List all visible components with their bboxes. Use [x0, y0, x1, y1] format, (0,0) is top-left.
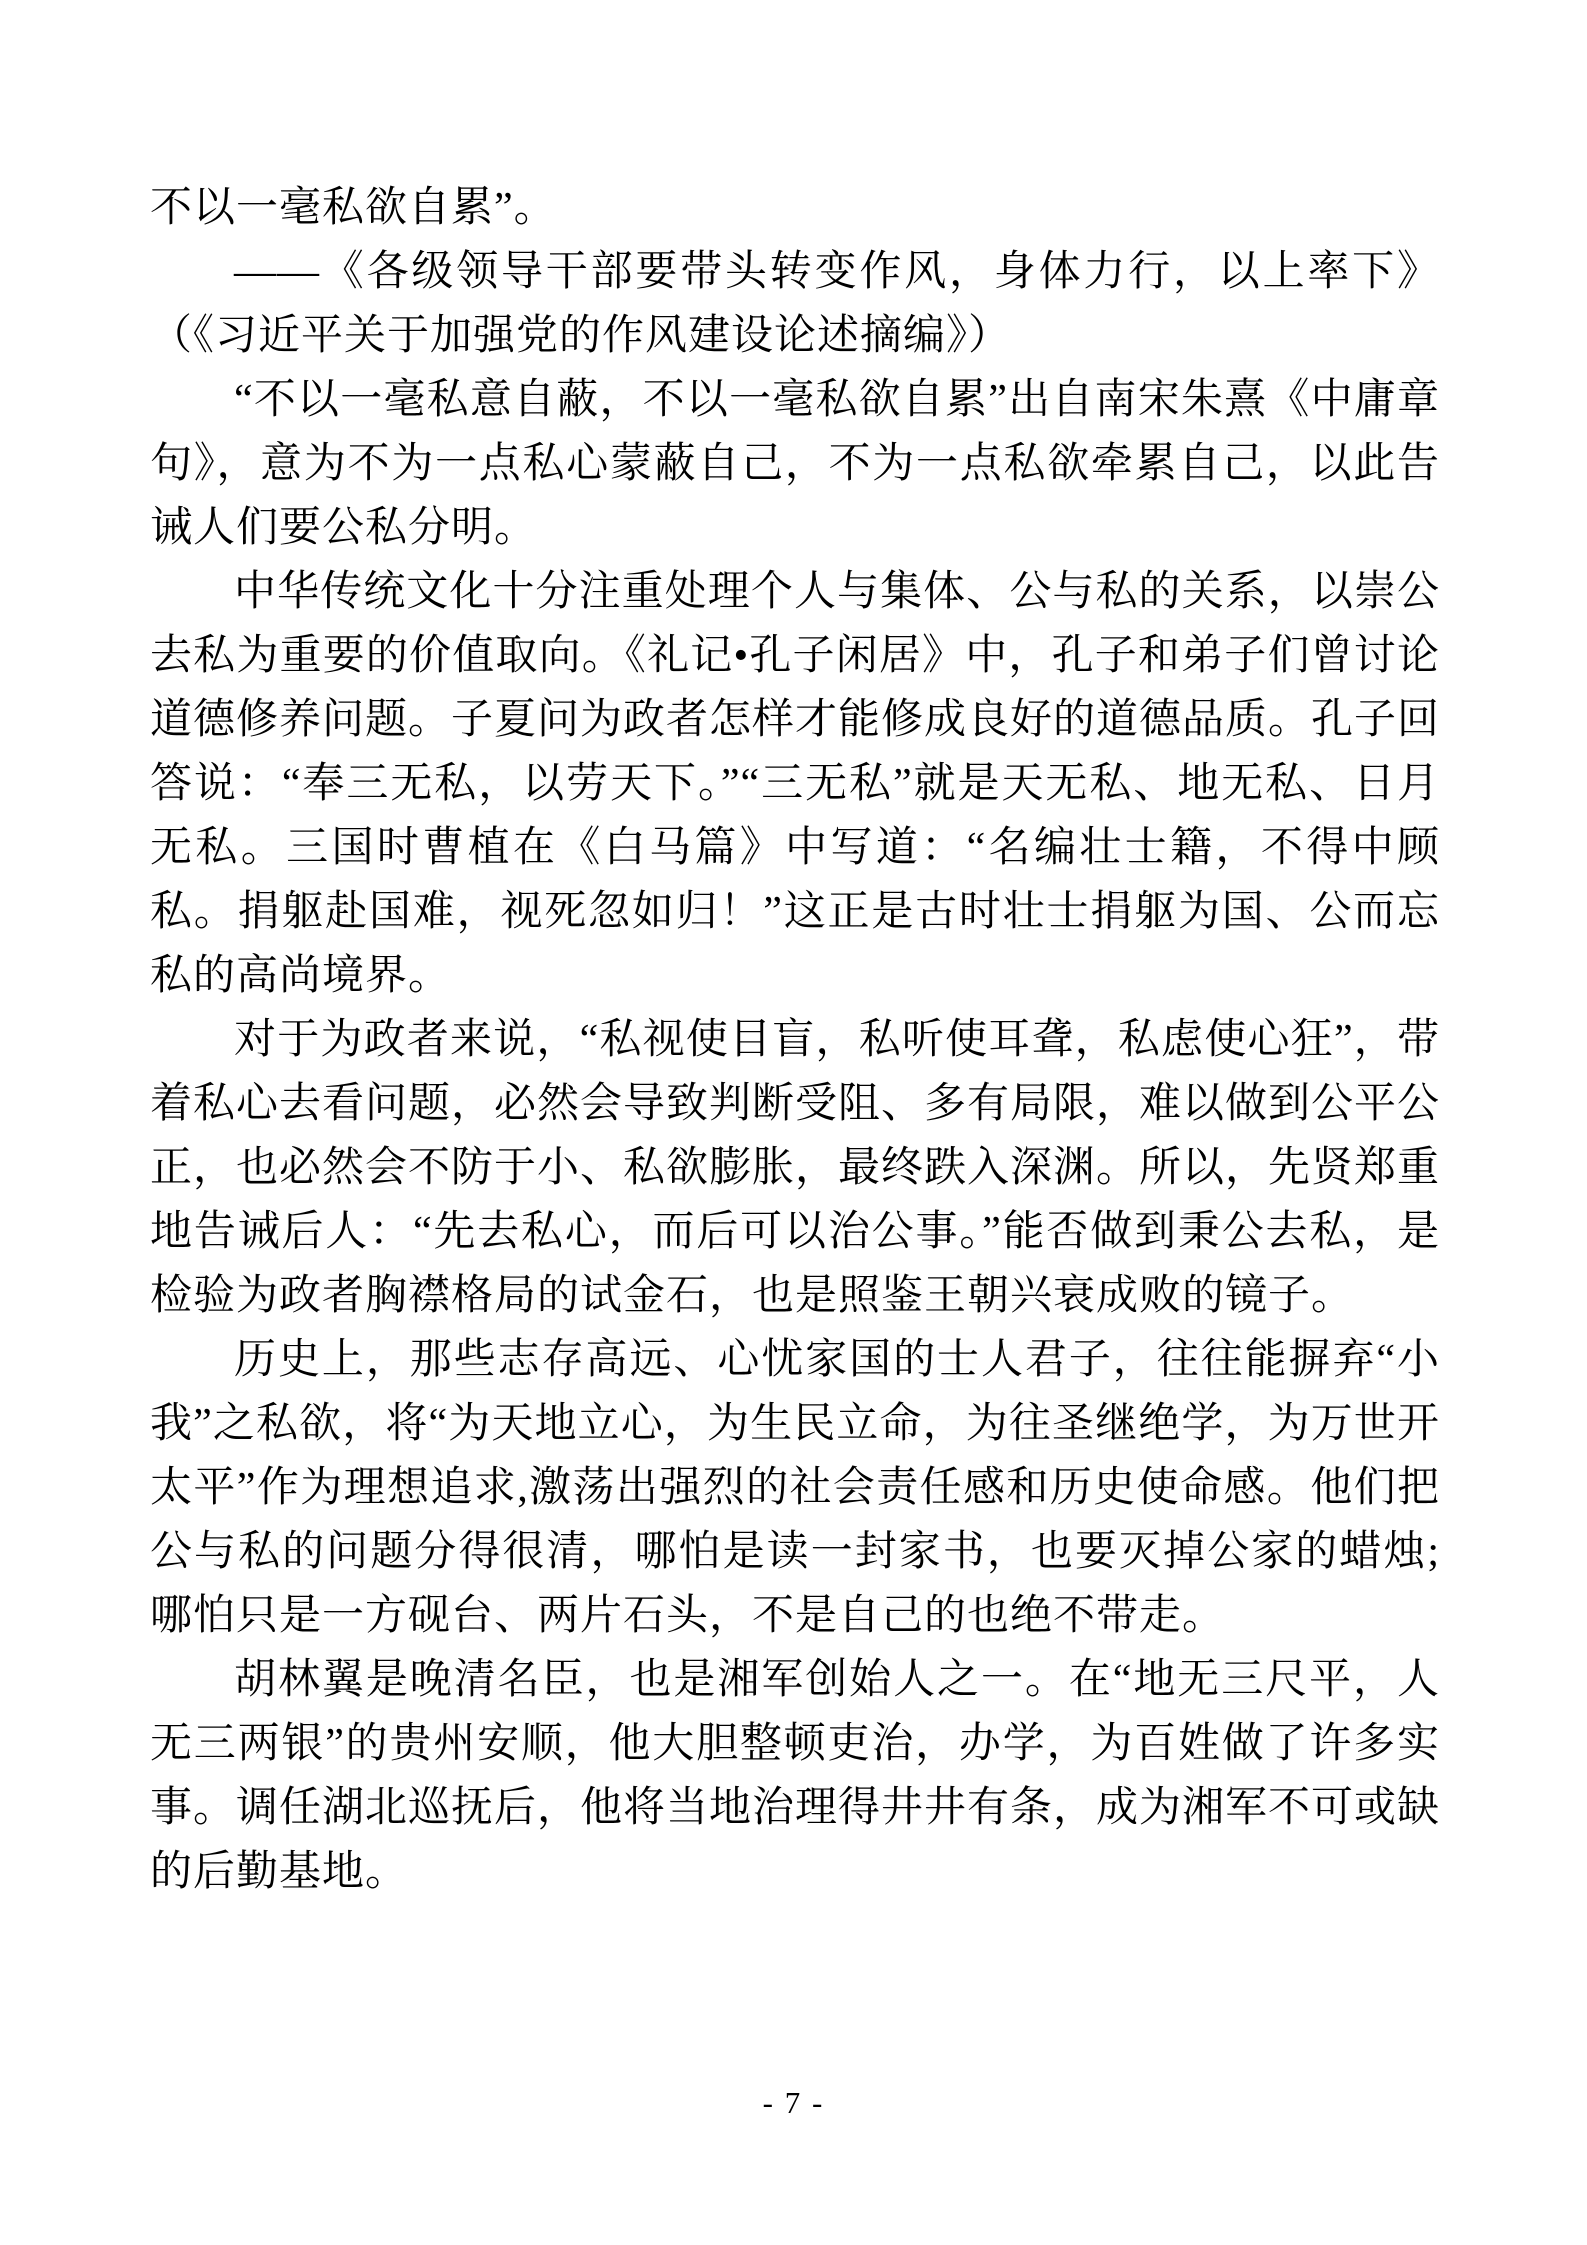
- paragraph-continuation: 不以一毫私欲自累”。: [150, 176, 1440, 240]
- page-number: - 7 -: [763, 2085, 825, 2120]
- paragraph-hulinyi: 胡林翼是晚清名臣，也是湘军创始人之一。在“地无三尺平，人无三两银”的贵州安顺，他…: [150, 1648, 1440, 1904]
- paragraph-for-officials: 对于为政者来说，“私视使目盲，私听使耳聋，私虑使心狂”，带着私心去看问题，必然会…: [150, 1008, 1440, 1328]
- paragraph-source-attribution: ——《各级领导干部要带头转变作风，身体力行，以上率下》（《习近平关于加强党的作风…: [150, 240, 1440, 368]
- paragraph-history-scholars: 历史上，那些志存高远、心忧家国的士人君子，往往能摒弃“小我”之私欲，将“为天地立…: [150, 1328, 1440, 1648]
- document-page: 不以一毫私欲自累”。 ——《各级领导干部要带头转变作风，身体力行，以上率下》（《…: [0, 0, 1587, 2245]
- page-footer: - 7 -: [0, 2083, 1587, 2123]
- paragraph-quote-origin: “不以一毫私意自蔽，不以一毫私欲自累”出自南宋朱熹《中庸章句》，意为不为一点私心…: [150, 368, 1440, 560]
- document-body: 不以一毫私欲自累”。 ——《各级领导干部要带头转变作风，身体力行，以上率下》（《…: [150, 176, 1440, 1904]
- paragraph-traditional-culture: 中华传统文化十分注重处理个人与集体、公与私的关系，以崇公去私为重要的价值取向。《…: [150, 560, 1440, 1008]
